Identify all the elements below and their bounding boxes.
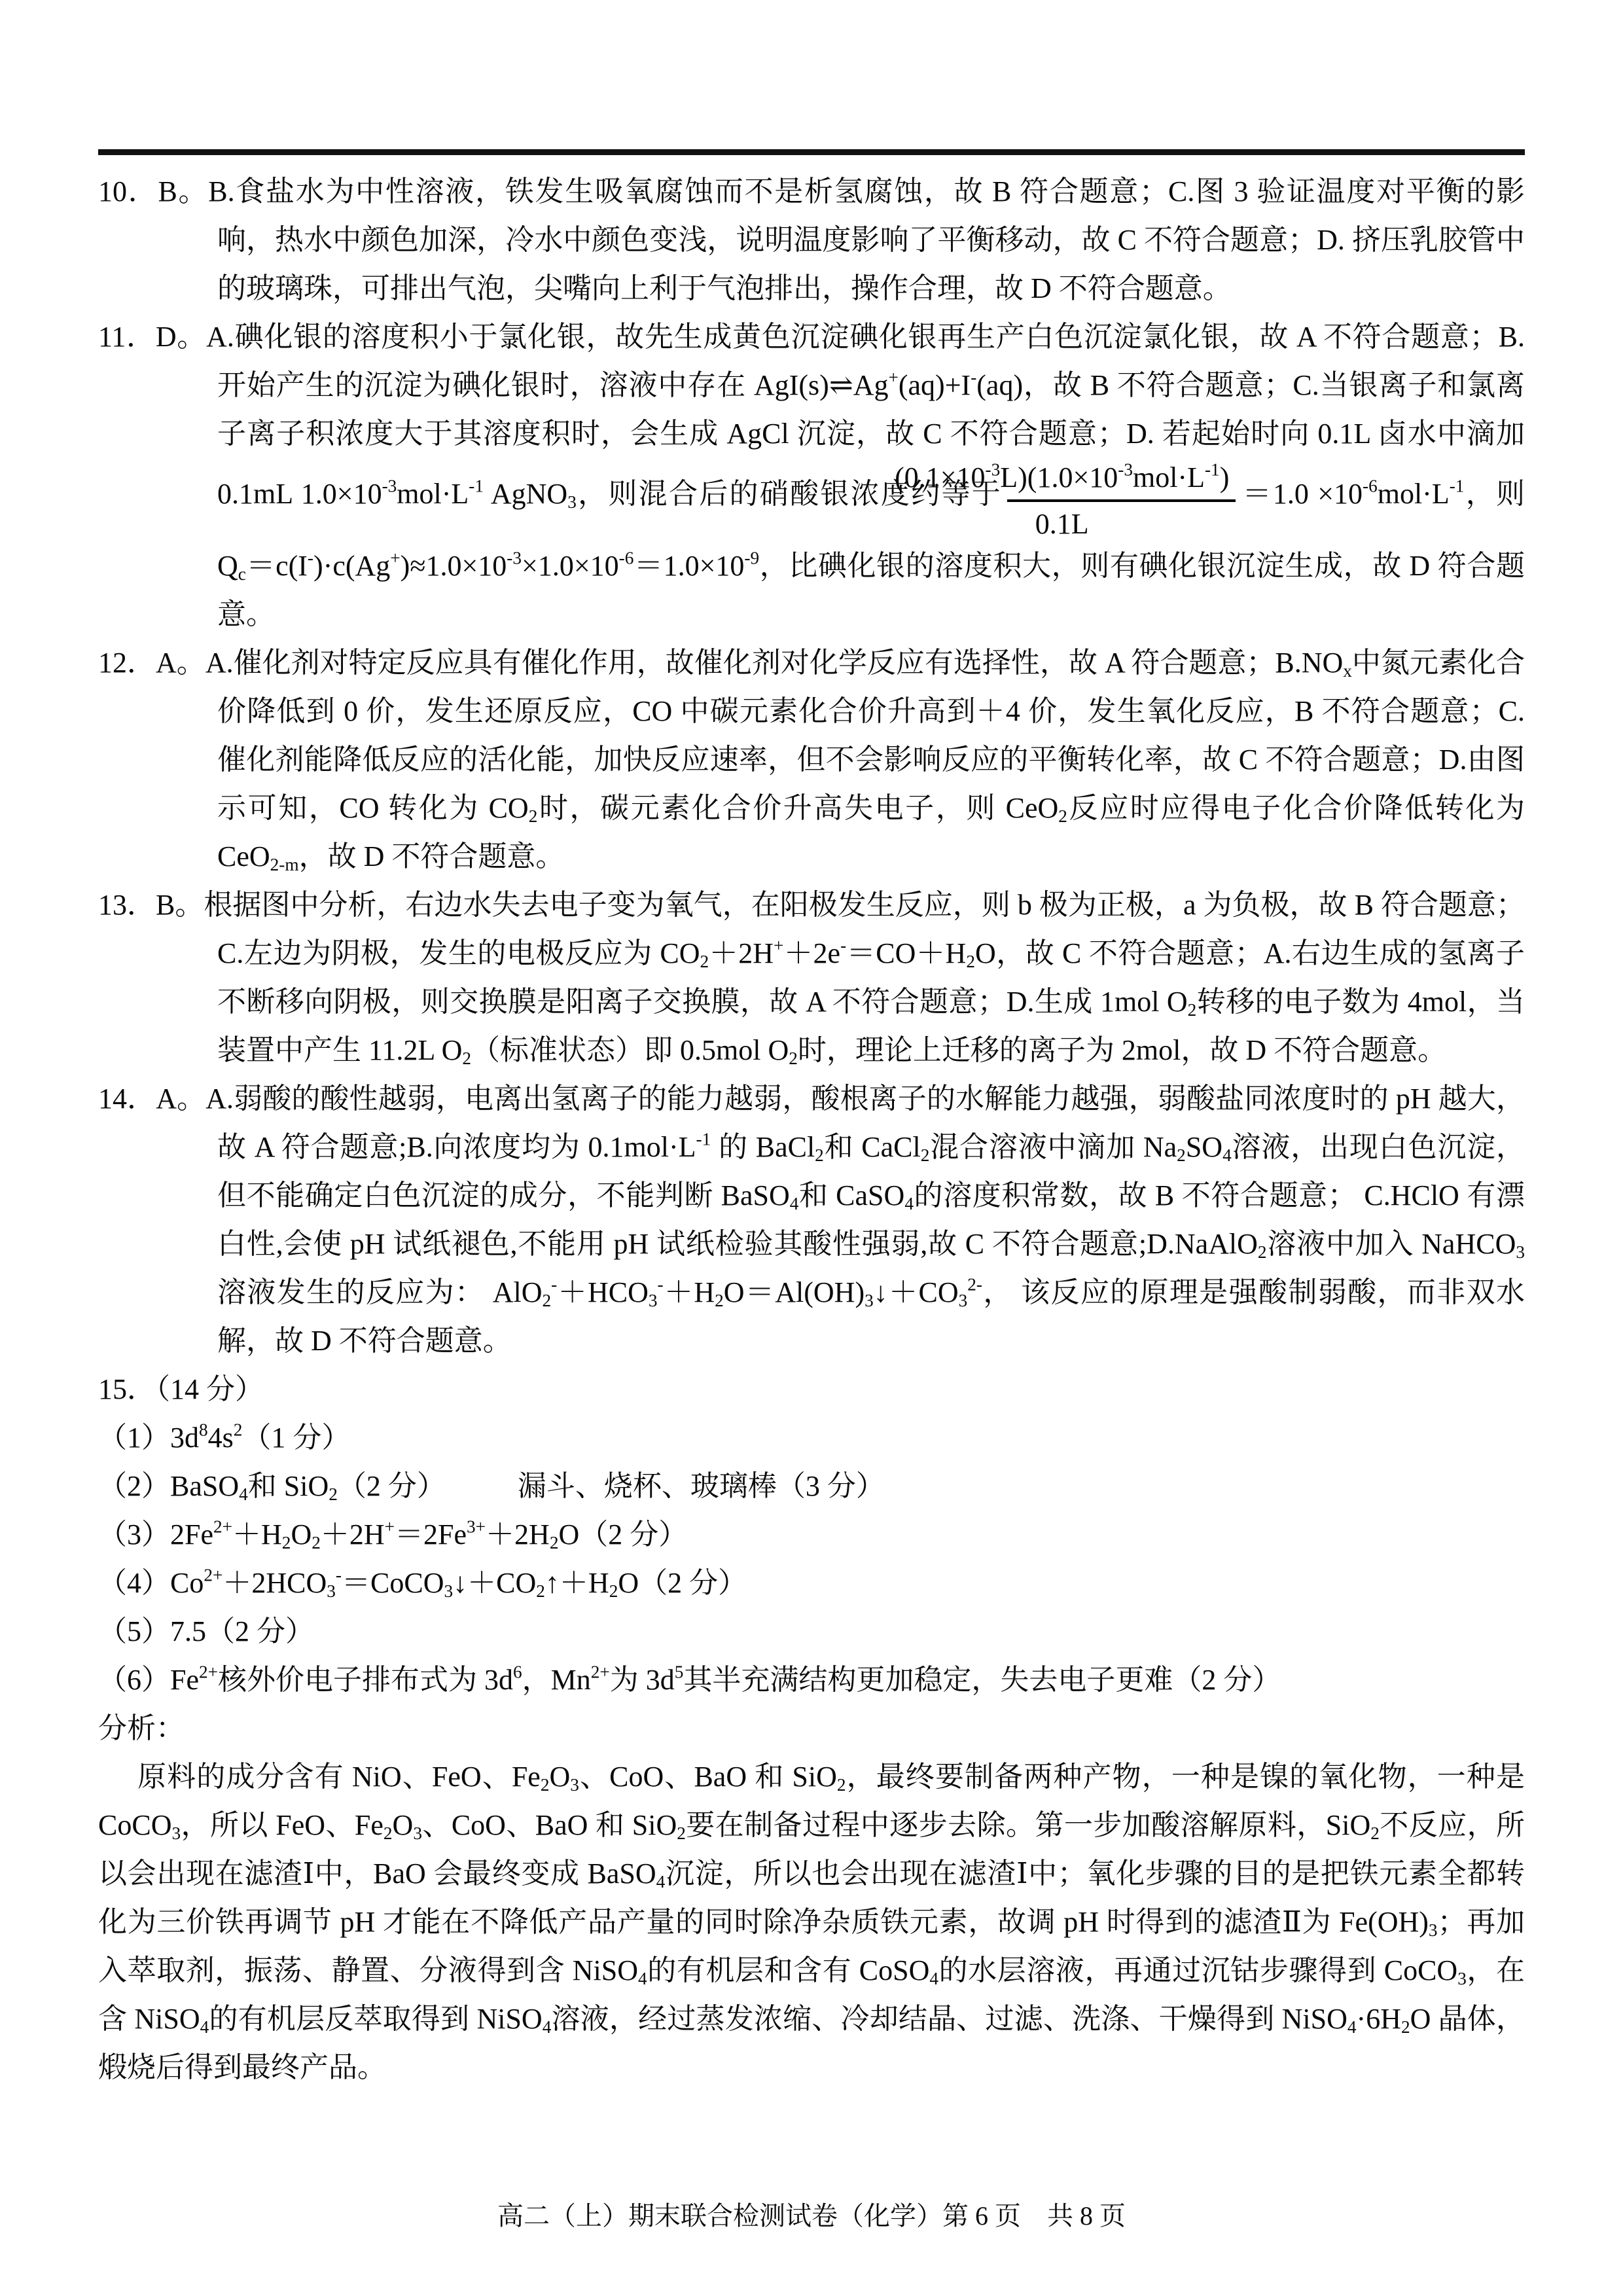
- exam-answer-page: 10．B。B.食盐水为中性溶液，铁发生吸氧腐蚀而不是析氢腐蚀，故 B 符合题意；…: [0, 0, 1623, 2296]
- question-12-number-answer: 12．A。: [98, 647, 205, 679]
- answer-item-11: 11．D。A.碘化银的溶度积小于氯化银，故先生成黄色沉淀碘化银再生产白色沉淀氯化…: [98, 313, 1525, 639]
- question-15-header: 15．（14 分）: [98, 1365, 1525, 1414]
- question-11-explanation: A.碘化银的溶度积小于氯化银，故先生成黄色沉淀碘化银再生产白色沉淀氯化银，故 A…: [206, 321, 1525, 630]
- question-15-part-4: （4）Co2+＋2HCO3-＝CoCO3↓＋CO2↑＋H2O（2 分）: [98, 1559, 1525, 1607]
- answer-item-14: 14．A。A.弱酸的酸性越弱，电离出氢离子的能力越弱，酸根离子的水解能力越强，弱…: [98, 1075, 1525, 1365]
- question-14-explanation: A.弱酸的酸性越弱，电离出氢离子的能力越弱，酸根离子的水解能力越强，弱酸盐同浓度…: [205, 1083, 1525, 1357]
- answer-key-content: 10．B。B.食盐水为中性溶液，铁发生吸氧腐蚀而不是析氢腐蚀，故 B 符合题意；…: [98, 168, 1525, 2092]
- question-10-number-answer: 10．B。: [98, 175, 208, 207]
- question-15-part-5: （5）7.5（2 分）: [98, 1607, 1525, 1656]
- header-rule: [98, 149, 1525, 155]
- question-13-number-answer: 13．B。: [98, 889, 204, 921]
- question-15-part-3: （3）2Fe2+＋H2O2＋2H+＝2Fe3+＋2H2O（2 分）: [98, 1511, 1525, 1559]
- fraction: (0.1×10-3L)(1.0×10-3mol·L-1)0.1L: [1007, 458, 1236, 542]
- question-15-part-6: （6）Fe2+核外价电子排布式为 3d6，Mn2+为 3d5其半充满结构更加稳定…: [98, 1656, 1525, 1704]
- analysis-heading: 分析：: [98, 1704, 1525, 1753]
- analysis-paragraph: 原料的成分含有 NiO、FeO、Fe2O3、CoO、BaO 和 SiO2，最终要…: [98, 1753, 1525, 2092]
- question-14-number-answer: 14．A。: [98, 1083, 205, 1115]
- question-10-explanation: B.食盐水为中性溶液，铁发生吸氧腐蚀而不是析氢腐蚀，故 B 符合题意；C.图 3…: [208, 175, 1525, 304]
- question-15-part-1: （1）3d84s2（1 分）: [98, 1414, 1525, 1462]
- question-15-part-2: （2）BaSO4和 SiO2（2 分） 漏斗、烧杯、玻璃棒（3 分）: [98, 1462, 1525, 1511]
- question-11-number-answer: 11．D。: [98, 321, 206, 353]
- question-13-explanation: 根据图中分析，右边水失去电子变为氧气，在阳极发生反应，则 b 极为正极，a 为负…: [204, 889, 1525, 1066]
- answer-item-13: 13．B。根据图中分析，右边水失去电子变为氧气，在阳极发生反应，则 b 极为正极…: [98, 881, 1525, 1075]
- answer-item-10: 10．B。B.食盐水为中性溶液，铁发生吸氧腐蚀而不是析氢腐蚀，故 B 符合题意；…: [98, 168, 1525, 313]
- question-12-explanation: A.催化剂对特定反应具有催化作用，故催化剂对化学反应有选择性，故 A 符合题意；…: [205, 647, 1525, 872]
- page-footer: 高二（上）期末联合检测试卷（化学）第 6 页 共 8 页: [0, 2200, 1623, 2232]
- answer-item-12: 12．A。A.催化剂对特定反应具有催化作用，故催化剂对化学反应有选择性，故 A …: [98, 639, 1525, 881]
